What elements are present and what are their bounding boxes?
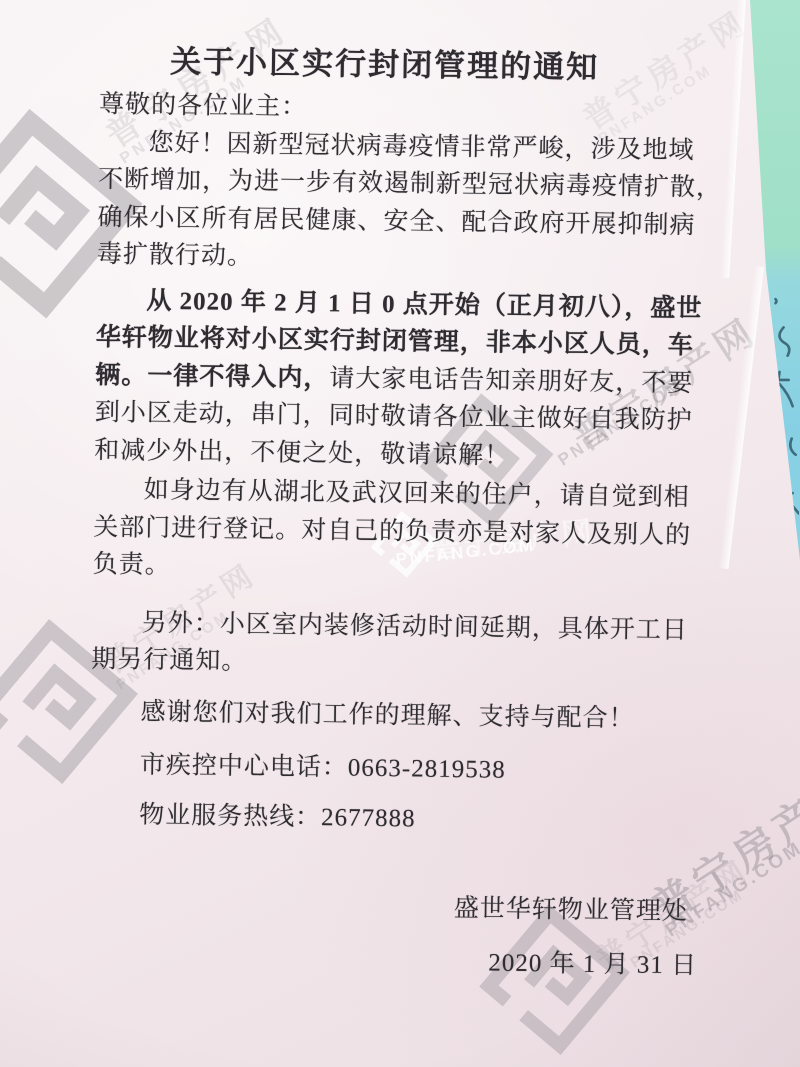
notice-content: 关于小区实行封闭管理的通知 尊敬的各位业主： 您好！因新型冠状病毒疫情非常严峻，… <box>87 40 714 984</box>
paper-edge-highlight <box>719 266 764 569</box>
contact-cdc-line: 市疾控中心电话：0663-2819538 <box>90 746 704 792</box>
paragraph-registration: 如身边有从湖北及武汉回来的住户，请自觉到相 关部门进行登记。对自己的负责亦是对家… <box>92 471 708 592</box>
date-line: 2020 年 1 月 31 日 <box>87 938 701 984</box>
notice-paper: 普宁房产网 PNFANG.COM 普宁房产网 PNFANG.COM 普宁房产网 … <box>0 0 800 1067</box>
body-span-bold: 辆。一律不得入内， <box>95 361 329 391</box>
thanks-line: 感谢您们对我们工作的理解、支持与配合！ <box>90 692 704 738</box>
paragraph-closure-rules: 从 2020 年 2 月 1 日 0 点开始（正月初八），盛世 华轩物业将对小区… <box>94 281 711 477</box>
signature-line: 盛世华轩物业管理处 <box>88 885 702 931</box>
paragraph-renovation: 另外：小区室内装修活动时间延期，具体开工日 期另行通知。 <box>91 603 706 687</box>
notice-photo: 普宁房产网 PNFANG.COM 普宁房产网 PNFANG.COM 普宁房产网 … <box>0 0 800 1067</box>
body-span: 请大家电话告知亲朋好友，不要 <box>329 365 693 397</box>
paper-edge-highlight <box>720 0 746 278</box>
paragraph-intro: 您好！因新型冠状病毒疫情非常严峻，涉及地域 不断增加，为进一步有效遏制新型冠状病… <box>97 123 713 282</box>
notice-title: 关于小区实行封闭管理的通知 <box>99 40 670 90</box>
contact-hotline-line: 物业服务热线：2677888 <box>89 795 703 841</box>
